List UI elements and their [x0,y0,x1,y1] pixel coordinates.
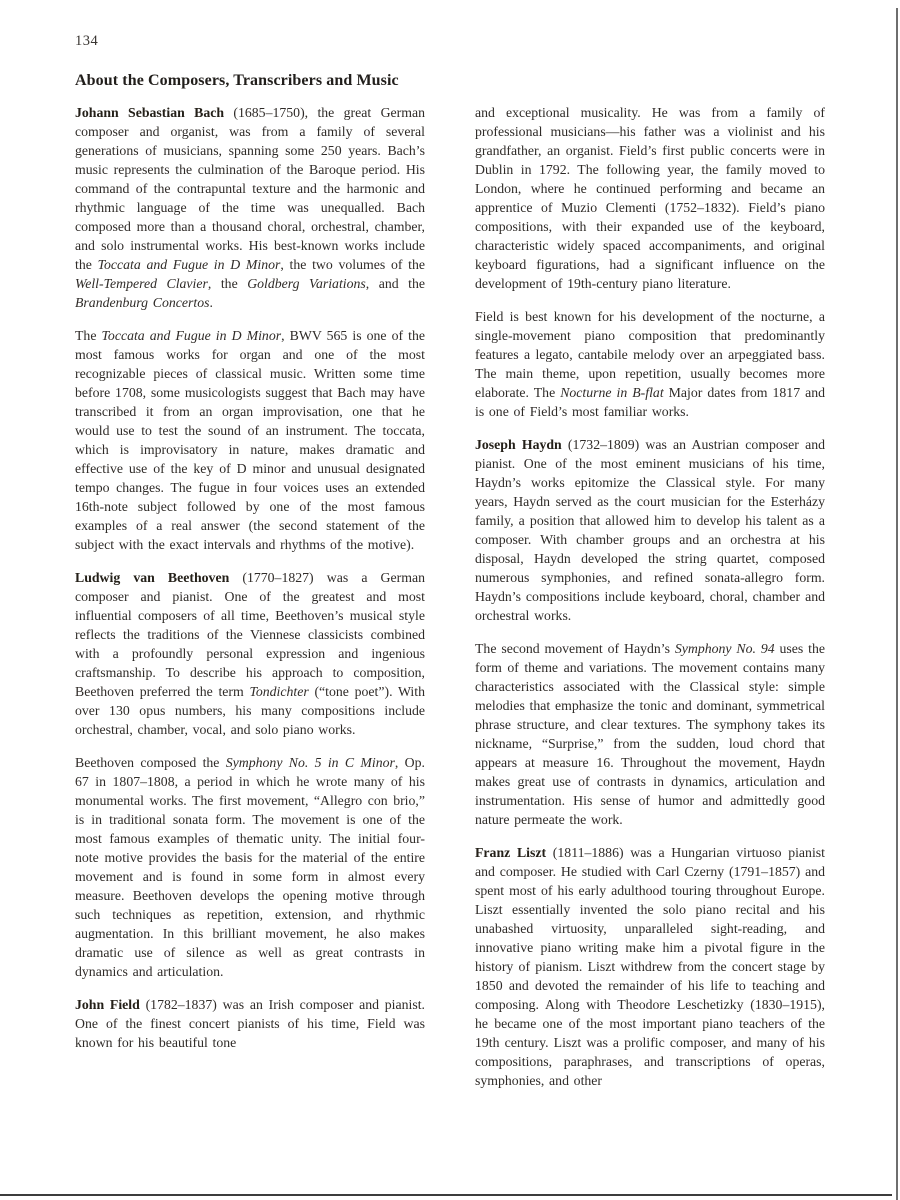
paragraph: Field is best known for his development … [475,307,825,421]
work-title: Tondichter [249,684,308,699]
right-column: and exceptional musicality. He was from … [475,103,825,1090]
work-title: Goldberg Variations [247,276,366,291]
scan-border-right [896,8,898,1200]
work-title: Toccata and Fugue in D Minor [98,257,281,272]
scan-border-bottom [0,1194,892,1196]
page-content: About the Composers, Transcribers and Mu… [75,72,825,1090]
book-page: 134 About the Composers, Transcribers an… [0,0,900,1200]
work-title: Symphony No. 5 in C Minor [226,755,395,770]
composer-name: John Field [75,997,140,1012]
composer-name: Johann Sebastian Bach [75,105,224,120]
paragraph: The Toccata and Fugue in D Minor, BWV 56… [75,326,425,554]
paragraph: Ludwig van Beethoven (1770–1827) was a G… [75,568,425,739]
page-number: 134 [75,33,98,50]
paragraph: Franz Liszt (1811–1886) was a Hungarian … [475,843,825,1090]
paragraph: Joseph Haydn (1732–1809) was an Austrian… [475,435,825,625]
paragraph: and exceptional musicality. He was from … [475,103,825,293]
work-title: Well-Tempered Clavier [75,276,208,291]
paragraph: The second movement of Haydn’s Symphony … [475,639,825,829]
composer-name: Joseph Haydn [475,437,562,452]
work-title: Nocturne in B-flat [560,385,663,400]
composer-name: Franz Liszt [475,845,546,860]
work-title: Toccata and Fugue in D Minor [102,328,282,343]
paragraph: Beethoven composed the Symphony No. 5 in… [75,753,425,981]
paragraph: John Field (1782–1837) was an Irish comp… [75,995,425,1052]
paragraph: Johann Sebastian Bach (1685–1750), the g… [75,103,425,312]
left-column: Johann Sebastian Bach (1685–1750), the g… [75,103,425,1052]
work-title: Symphony No. 94 [675,641,775,656]
work-title: Brandenburg Concertos [75,295,209,310]
two-column-layout: Johann Sebastian Bach (1685–1750), the g… [75,103,825,1090]
section-heading: About the Composers, Transcribers and Mu… [75,72,825,90]
composer-name: Ludwig van Beethoven [75,570,229,585]
